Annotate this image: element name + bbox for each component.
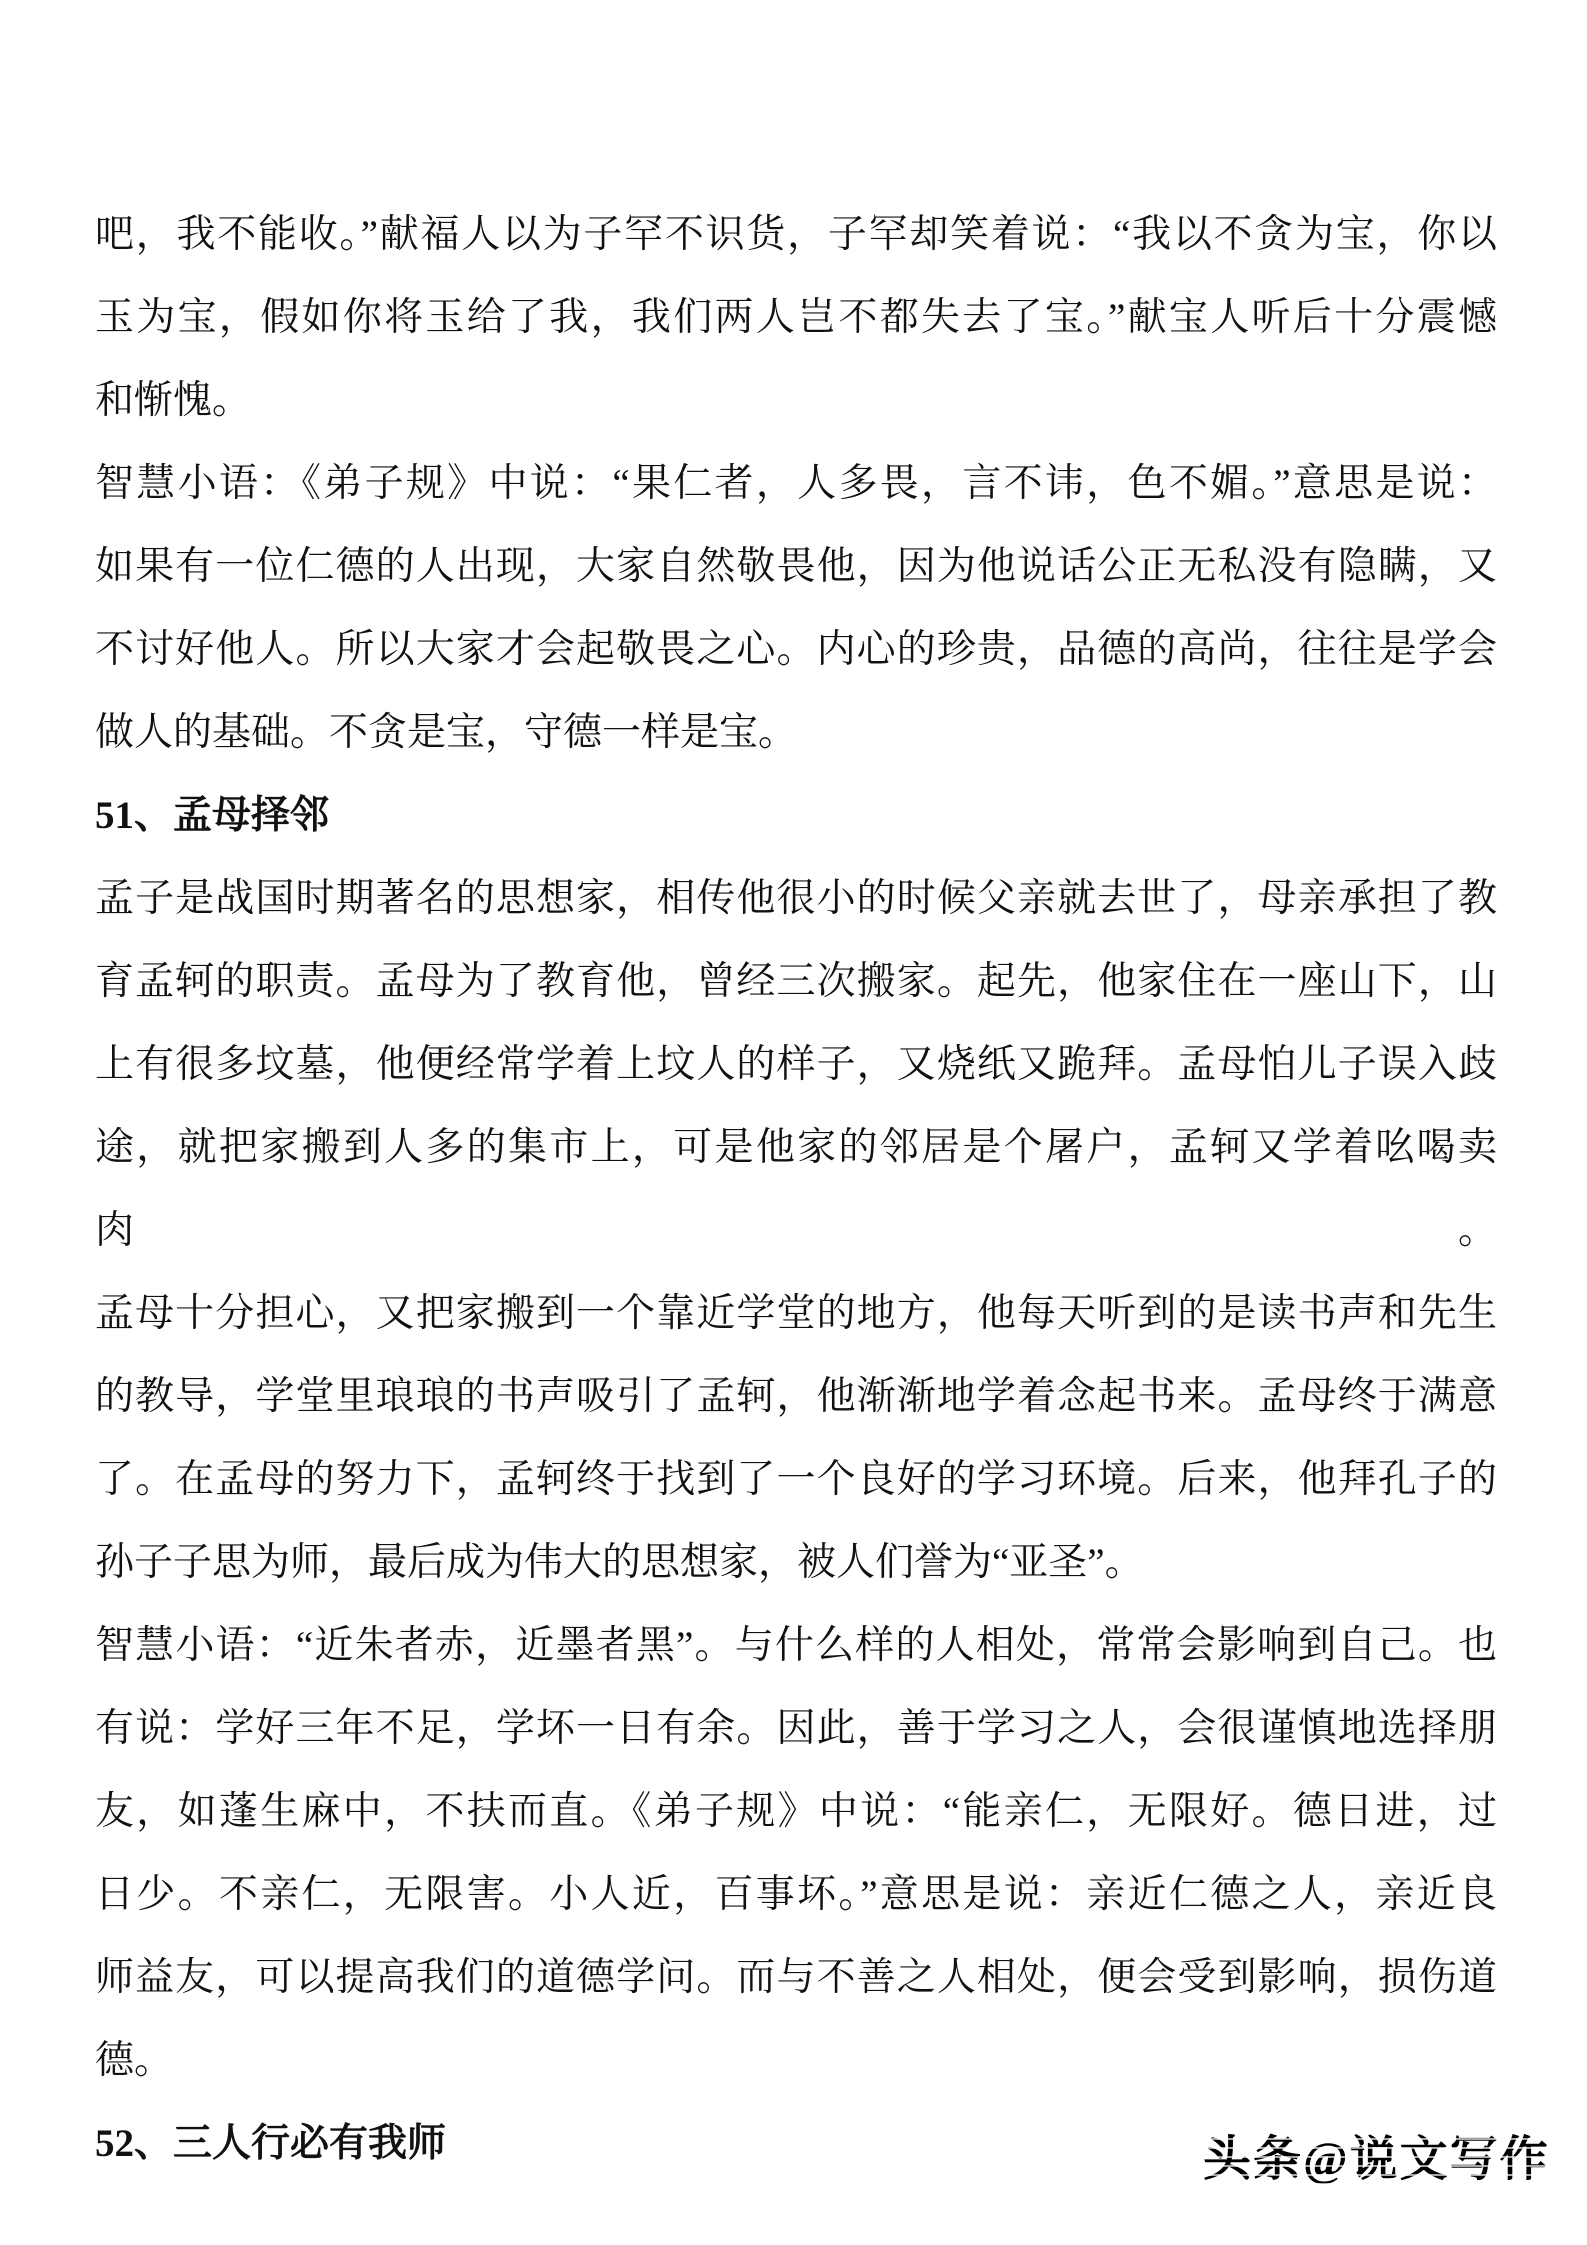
text-line: 孟母十分担心，又把家搬到一个靠近学堂的地方，他每天听到的是读书声和先生 [95, 1272, 1497, 1355]
text-line: 智慧小语：《弟子规》中说：“果仁者，人多畏，言不讳，色不媚。”意思是说： [95, 442, 1497, 525]
text-line: 如果有一位仁德的人出现，大家自然敬畏他，因为他说话公正无私没有隐瞒，又 [95, 525, 1497, 608]
text-line: 孟子是战国时期著名的思想家，相传他很小的时候父亲就去世了，母亲承担了教 [95, 857, 1497, 940]
text-line: 的教导，学堂里琅琅的书声吸引了孟轲，他渐渐地学着念起书来。孟母终于满意 [95, 1355, 1497, 1438]
text-line: 友，如蓬生麻中，不扶而直。《弟子规》中说：“能亲仁，无限好。德日进，过 [95, 1770, 1497, 1853]
text-line: 德。 [95, 2019, 1497, 2102]
text-line: 日少。不亲仁，无限害。小人近，百事坏。”意思是说：亲近仁德之人，亲近良 [95, 1853, 1497, 1936]
text-line: 不讨好他人。所以大家才会起敬畏之心。内心的珍贵，品德的高尚，往往是学会 [95, 608, 1497, 691]
text-line: 智慧小语：“近朱者赤，近墨者黑”。与什么样的人相处，常常会影响到自己。也 [95, 1604, 1497, 1687]
text-line: 孙子子思为师，最后成为伟大的思想家，被人们誉为“亚圣”。 [95, 1521, 1497, 1604]
text-line: 育孟轲的职责。孟母为了教育他，曾经三次搬家。起先，他家住在一座山下，山 [95, 940, 1497, 1023]
section-heading-51: 51、孟母择邻 [95, 774, 1497, 857]
text-line: 师益友，可以提高我们的道德学问。而与不善之人相处，便会受到影响，损伤道 [95, 1936, 1497, 2019]
text-line: 吧，我不能收。”献福人以为子罕不识货，子罕却笑着说：“我以不贪为宝，你以 [95, 193, 1497, 276]
text-line: 上有很多坟墓，他便经常学着上坟人的样子，又烧纸又跪拜。孟母怕儿子误入歧 [95, 1023, 1497, 1106]
text-line: 玉为宝，假如你将玉给了我，我们两人岂不都失去了宝。”献宝人听后十分震憾 [95, 276, 1497, 359]
text-line: 途，就把家搬到人多的集市上，可是他家的邻居是个屠户，孟轲又学着吆喝卖肉。 [95, 1106, 1497, 1272]
text-line: 做人的基础。不贪是宝，守德一样是宝。 [95, 691, 1497, 774]
text-line: 有说：学好三年不足，学坏一日有余。因此，善于学习之人，会很谨慎地选择朋 [95, 1687, 1497, 1770]
watermark: 头条@说文写作 [1203, 2128, 1550, 2192]
text-line: 和惭愧。 [95, 359, 1497, 442]
text-line: 了。在孟母的努力下，孟轲终于找到了一个良好的学习环境。后来，他拜孔子的 [95, 1438, 1497, 1521]
document-page: 吧，我不能收。”献福人以为子罕不识货，子罕却笑着说：“我以不贪为宝，你以 玉为宝… [95, 193, 1497, 2185]
